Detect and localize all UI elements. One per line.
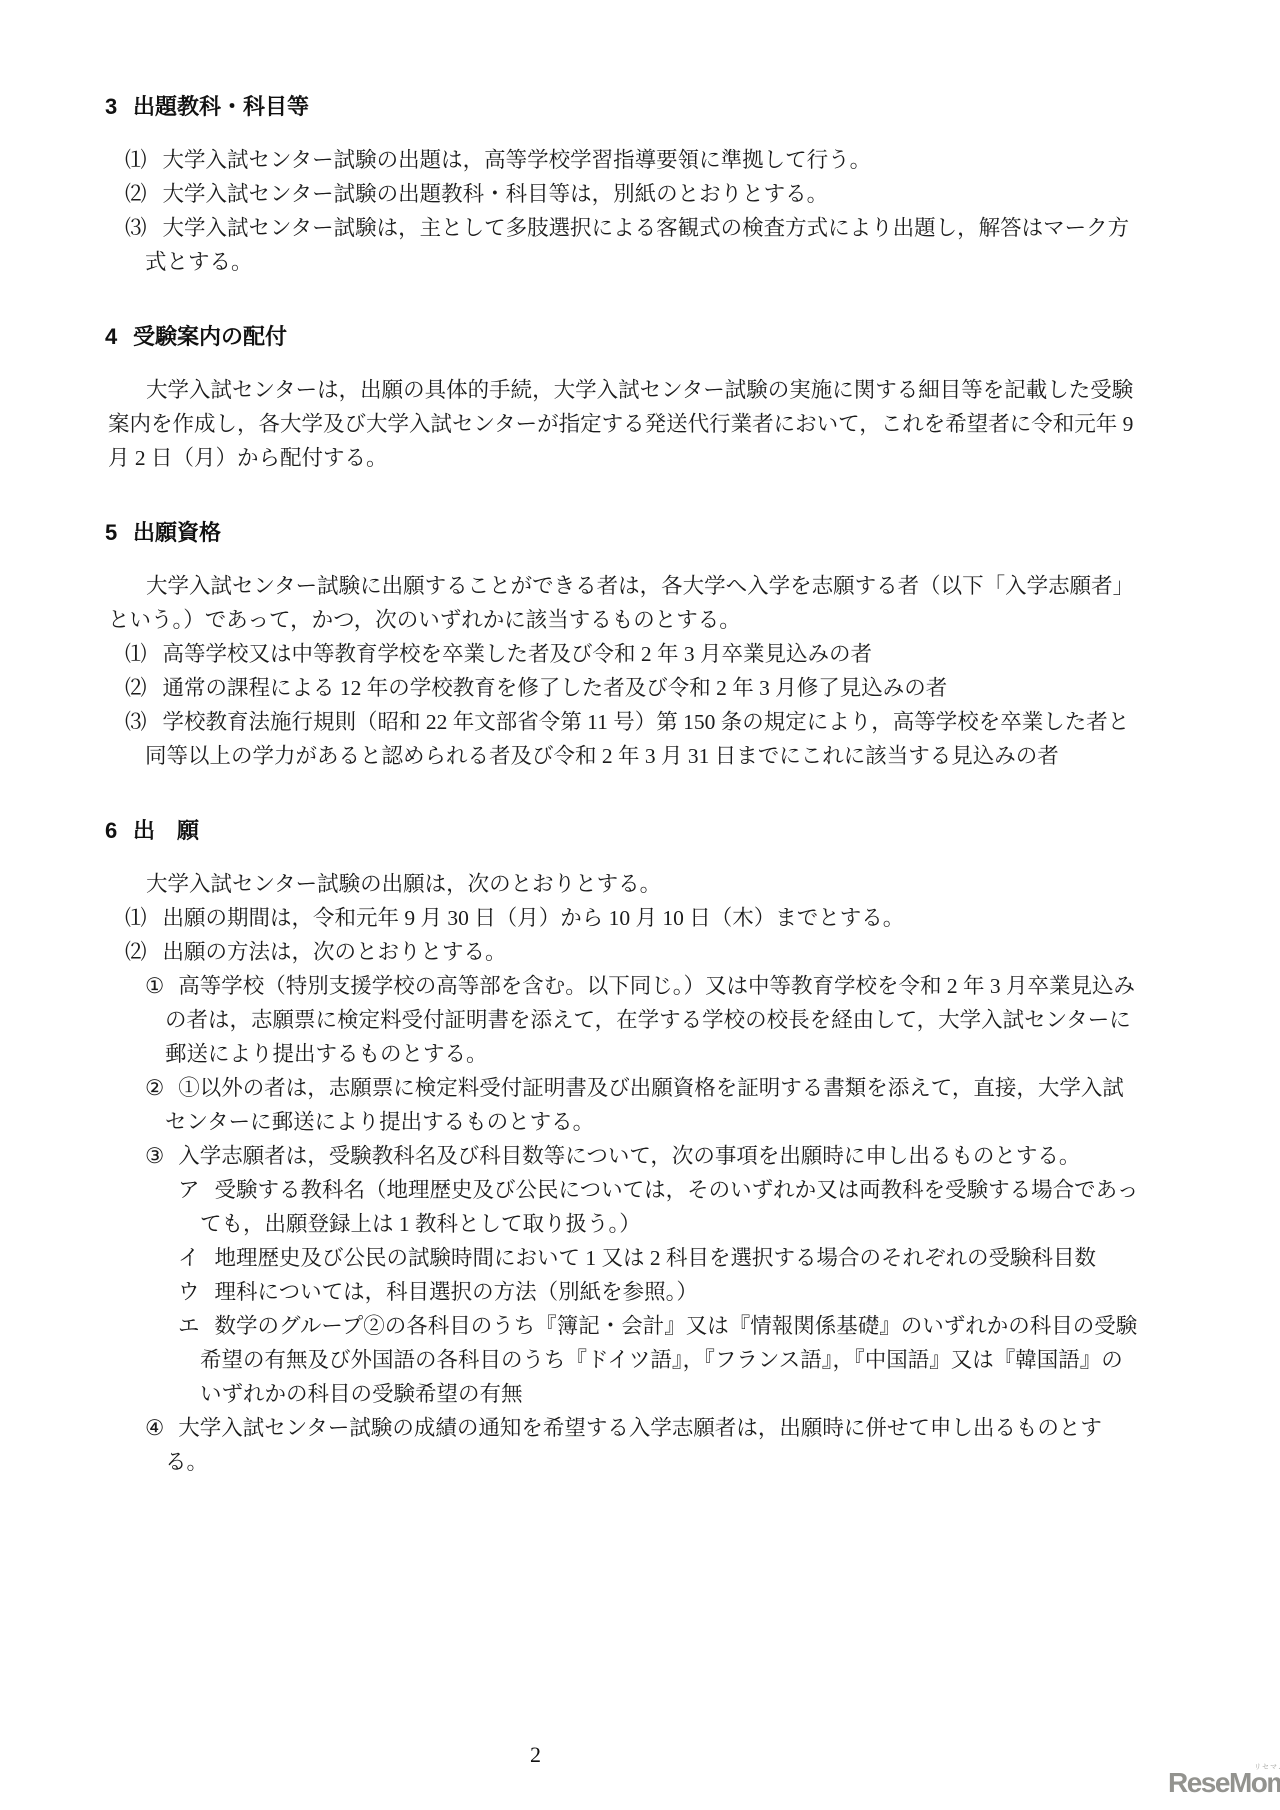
- list-marker: ③: [145, 1144, 164, 1168]
- section-title: 出題教科・科目等: [133, 93, 309, 121]
- list-item-circled: ③入学志願者は，受験教科名及び科目数等について，次の事項を出願時に申し出るものと…: [145, 1139, 1140, 1173]
- list-item-kana: エ数学のグループ②の各科目のうち『簿記・会計』又は『情報関係基礎』のいずれかの科…: [178, 1309, 1140, 1411]
- page-number: 2: [530, 1742, 541, 1768]
- paragraph: 大学入試センター試験に出願することができる者は，各大学へ入学を志願する者（以下「…: [108, 569, 1140, 637]
- list-marker: ⑵: [125, 676, 147, 700]
- list-item: ⑶学校教育法施行規則（昭和 22 年文部省令第 11 号）第 150 条の規定に…: [125, 705, 1140, 773]
- list-item: ⑵通常の課程による 12 年の学校教育を修了した者及び令和 2 年 3 月修了見…: [125, 671, 1140, 705]
- list-marker: ②: [145, 1076, 164, 1100]
- list-item-text: 理科については，科目選択の方法（別紙を参照。）: [215, 1280, 698, 1304]
- list-marker: ①: [145, 974, 164, 998]
- list-marker: ア: [178, 1178, 200, 1202]
- list-item-text: 高等学校又は中等教育学校を卒業した者及び令和 2 年 3 月卒業見込みの者: [163, 642, 873, 666]
- list-item-text: 大学入試センター試験の成績の通知を希望する入学志願者は，出願時に併せて申し出るも…: [165, 1416, 1102, 1474]
- list-marker: イ: [178, 1246, 200, 1270]
- section-6: 6 出 願 大学入試センター試験の出願は，次のとおりとする。 ⑴出願の期間は，令…: [105, 817, 1140, 1479]
- list-item-text: 出願の方法は，次のとおりとする。: [163, 940, 507, 964]
- paragraph: 大学入試センターは，出願の具体的手続，大学入試センター試験の実施に関する細目等を…: [108, 373, 1140, 475]
- list-item-kana: イ地理歴史及び公民の試験時間において 1 又は 2 科目を選択する場合のそれぞれ…: [178, 1241, 1140, 1275]
- list-item: ⑴出願の期間は，令和元年 9 月 30 日（月）から 10 月 10 日（木）ま…: [125, 901, 1140, 935]
- section-5-heading: 5 出願資格: [105, 519, 1140, 547]
- list-marker: ⑶: [125, 216, 147, 240]
- list-item-circled: ④大学入試センター試験の成績の通知を希望する入学志願者は，出願時に併せて申し出る…: [145, 1411, 1140, 1479]
- section-5: 5 出願資格 大学入試センター試験に出願することができる者は，各大学へ入学を志願…: [105, 519, 1140, 773]
- list-item-text: 受験する教科名（地理歴史及び公民については，そのいずれか又は両教科を受験する場合…: [200, 1178, 1138, 1236]
- list-marker: ⑵: [125, 182, 147, 206]
- section-3: 3 出題教科・科目等 ⑴大学入試センター試験の出題は，高等学校学習指導要領に準拠…: [105, 93, 1140, 279]
- list-item-circled: ②①以外の者は，志願票に検定料受付証明書及び出願資格を証明する書類を添えて，直接…: [145, 1071, 1140, 1139]
- document-page: { "page": { "number": "2" }, "watermark"…: [0, 0, 1280, 1810]
- list-marker: ⑵: [125, 940, 147, 964]
- section-number: 3: [105, 93, 133, 121]
- list-item-kana: ウ理科については，科目選択の方法（別紙を参照。）: [178, 1275, 1140, 1309]
- section-title: 受験案内の配付: [133, 323, 287, 351]
- section-title: 出願資格: [133, 519, 221, 547]
- list-item: ⑶大学入試センター試験は，主として多肢選択による客観式の検査方式により出題し，解…: [125, 211, 1140, 279]
- list-item-text: 大学入試センター試験の出題は，高等学校学習指導要領に準拠して行う。: [163, 148, 872, 172]
- list-item-text: 地理歴史及び公民の試験時間において 1 又は 2 科目を選択する場合のそれぞれの…: [215, 1246, 1097, 1270]
- section-4: 4 受験案内の配付 大学入試センターは，出願の具体的手続，大学入試センター試験の…: [105, 323, 1140, 475]
- list-item: ⑵大学入試センター試験の出題教科・科目等は，別紙のとおりとする。: [125, 177, 1140, 211]
- list-marker: ⑴: [125, 906, 147, 930]
- watermark-ruby-text: リセマム: [1254, 1762, 1280, 1772]
- list-item-text: 学校教育法施行規則（昭和 22 年文部省令第 11 号）第 150 条の規定によ…: [145, 710, 1129, 768]
- list-item-text: 大学入試センター試験は，主として多肢選択による客観式の検査方式により出題し，解答…: [145, 216, 1129, 274]
- section-6-heading: 6 出 願: [105, 817, 1140, 845]
- list-item: ⑵出願の方法は，次のとおりとする。: [125, 935, 1140, 969]
- list-marker: ⑴: [125, 642, 147, 666]
- list-item: ⑴高等学校又は中等教育学校を卒業した者及び令和 2 年 3 月卒業見込みの者: [125, 637, 1140, 671]
- resemom-watermark: リセマム ReseMom.: [1168, 1768, 1280, 1798]
- list-marker: ⑶: [125, 710, 147, 734]
- section-number: 4: [105, 323, 133, 351]
- list-item-text: 出願の期間は，令和元年 9 月 30 日（月）から 10 月 10 日（木）まで…: [163, 906, 905, 930]
- list-item-text: 入学志願者は，受験教科名及び科目数等について，次の事項を出願時に申し出るものとす…: [178, 1144, 1080, 1168]
- section-3-heading: 3 出題教科・科目等: [105, 93, 1140, 121]
- list-item-text: 数学のグループ②の各科目のうち『簿記・会計』又は『情報関係基礎』のいずれかの科目…: [200, 1314, 1137, 1406]
- list-marker: エ: [178, 1314, 200, 1338]
- document-body: 3 出題教科・科目等 ⑴大学入試センター試験の出題は，高等学校学習指導要領に準拠…: [0, 0, 1280, 1479]
- section-number: 5: [105, 519, 133, 547]
- section-title: 出 願: [133, 817, 199, 845]
- paragraph: 大学入試センター試験の出願は，次のとおりとする。: [108, 867, 1140, 901]
- list-marker: ⑴: [125, 148, 147, 172]
- section-4-heading: 4 受験案内の配付: [105, 323, 1140, 351]
- list-marker: ④: [145, 1416, 164, 1440]
- list-item-circled: ①高等学校（特別支援学校の高等部を含む。以下同じ。）又は中等教育学校を令和 2 …: [145, 969, 1140, 1071]
- list-marker: ウ: [178, 1280, 200, 1304]
- list-item-text: 大学入試センター試験の出題教科・科目等は，別紙のとおりとする。: [163, 182, 829, 206]
- list-item-text: 通常の課程による 12 年の学校教育を修了した者及び令和 2 年 3 月修了見込…: [163, 676, 948, 700]
- list-item-text: 高等学校（特別支援学校の高等部を含む。以下同じ。）又は中等教育学校を令和 2 年…: [165, 974, 1135, 1066]
- list-item-text: ①以外の者は，志願票に検定料受付証明書及び出願資格を証明する書類を添えて，直接，…: [165, 1076, 1124, 1134]
- section-number: 6: [105, 817, 133, 845]
- list-item: ⑴大学入試センター試験の出題は，高等学校学習指導要領に準拠して行う。: [125, 143, 1140, 177]
- list-item-kana: ア受験する教科名（地理歴史及び公民については，そのいずれか又は両教科を受験する場…: [178, 1173, 1140, 1241]
